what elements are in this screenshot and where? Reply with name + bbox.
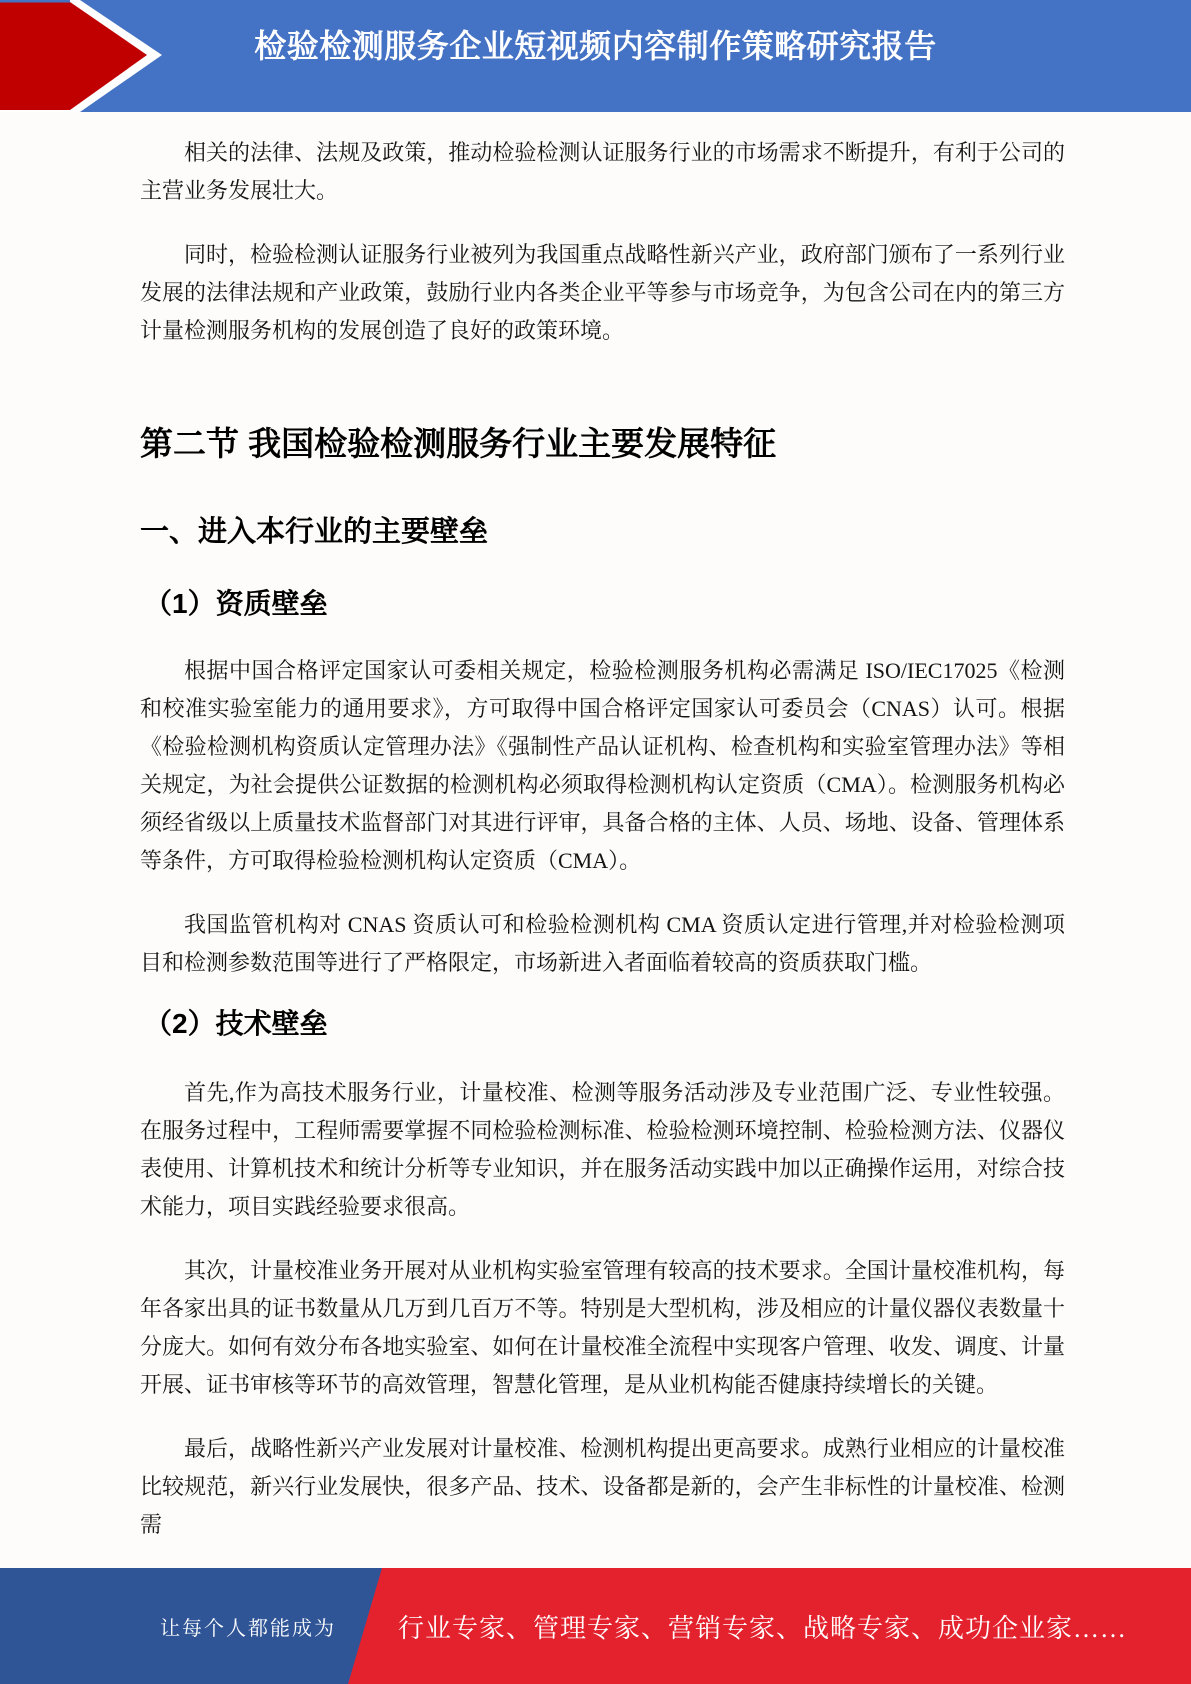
footer-slogan-left: 让每个人都能成为 bbox=[0, 1568, 336, 1684]
page-footer: 让每个人都能成为 行业专家、管理专家、营销专家、战略专家、成功企业家…… bbox=[0, 1568, 1191, 1684]
item-heading-qualification-barrier: （1）资质壁垒 bbox=[140, 584, 1065, 624]
document-body: 相关的法律、法规及政策，推动检验检测认证服务行业的市场需求不断提升，有利于公司的… bbox=[0, 134, 1191, 1596]
report-page: 检验检测服务企业短视频内容制作策略研究报告 相关的法律、法规及政策，推动检验检测… bbox=[0, 0, 1191, 1684]
item-heading-technical-barrier: （2）技术壁垒 bbox=[140, 1004, 1065, 1044]
paragraph-regulation-detail: 我国监管机构对 CNAS 资质认可和检验检测机构 CMA 资质认定进行管理,并对… bbox=[140, 906, 1065, 982]
report-header: 检验检测服务企业短视频内容制作策略研究报告 bbox=[0, 0, 1191, 112]
paragraph-legal-policy: 相关的法律、法规及政策，推动检验检测认证服务行业的市场需求不断提升，有利于公司的… bbox=[140, 134, 1065, 210]
paragraph-strategic-industry: 同时，检验检测认证服务行业被列为我国重点战略性新兴产业，政府部门颁布了一系列行业… bbox=[140, 236, 1065, 350]
paragraph-qualification-detail: 根据中国合格评定国家认可委相关规定，检验检测服务机构必需满足 ISO/IEC17… bbox=[140, 652, 1065, 880]
section-heading: 第二节 我国检验检测服务行业主要发展特征 bbox=[140, 422, 1065, 466]
paragraph-technical-second: 其次，计量校准业务开展对从业机构实验室管理有较高的技术要求。全国计量校准机构，每… bbox=[140, 1252, 1065, 1404]
report-title: 检验检测服务企业短视频内容制作策略研究报告 bbox=[0, 28, 1191, 64]
footer-slogan-right: 行业专家、管理专家、营销专家、战略专家、成功企业家…… bbox=[398, 1568, 1127, 1684]
subsection-heading-barriers: 一、进入本行业的主要壁垒 bbox=[140, 512, 1065, 552]
paragraph-technical-last: 最后，战略性新兴产业发展对计量校准、检测机构提出更高要求。成熟行业相应的计量校准… bbox=[140, 1430, 1065, 1544]
paragraph-technical-first: 首先,作为高技术服务行业，计量校准、检测等服务活动涉及专业范围广泛、专业性较强。… bbox=[140, 1074, 1065, 1226]
